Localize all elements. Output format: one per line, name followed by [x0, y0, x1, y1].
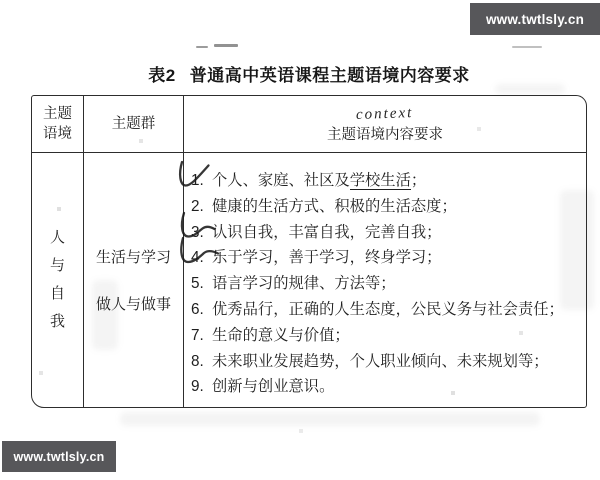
- content-item-8: 8. 未来职业发展趋势，个人职业倾向、未来规划等；: [191, 349, 578, 375]
- caption-label: 表2: [148, 66, 175, 85]
- header-theme-group-label: 主题群: [112, 114, 156, 134]
- item-number: 3.: [191, 220, 212, 246]
- item-text: 健康的生活方式、积极的生活态度；: [212, 194, 457, 220]
- item-number: 4.: [191, 245, 212, 271]
- scanned-document-page: www.twtlsly.cn www.twtlsly.cn 表2普通高中英语课程…: [0, 0, 600, 480]
- theme-group-label: 生活与学习: [96, 246, 171, 267]
- header-cell-theme-context: 主题 语境: [32, 96, 84, 153]
- scan-speckles: [0, 0, 2, 2]
- item-text-pre: 个人、家庭、社区及: [212, 172, 350, 189]
- watermark-bottom-left: www.twtlsly.cn: [2, 441, 116, 472]
- handwritten-context-note: context: [356, 103, 414, 125]
- item-number: 2.: [191, 194, 212, 220]
- content-item-9: 9. 创新与创业意识。: [191, 374, 578, 400]
- item-text: 优秀品行，正确的人生态度，公民义务与社会责任；: [212, 297, 564, 323]
- header-cell-theme-group: 主题群: [84, 96, 184, 153]
- item-text: 认识自我，丰富自我，完善自我；: [212, 220, 441, 246]
- content-item-1: 1. 个人、家庭、社区及学校生活；: [191, 168, 578, 194]
- underlined-text: 学校生活: [350, 172, 411, 190]
- item-text: 创新与创业意识。: [212, 374, 334, 400]
- theme-context-char: 我: [50, 308, 65, 336]
- watermark-top-right: www.twtlsly.cn: [470, 3, 600, 35]
- theme-context-char: 自: [50, 280, 65, 308]
- theme-context-char: 与: [50, 252, 65, 280]
- item-number: 1.: [191, 168, 212, 194]
- scan-smudge: [120, 412, 540, 426]
- item-text: 生命的意义与价值；: [212, 323, 350, 349]
- body-cell-items: 1. 个人、家庭、社区及学校生活； 2. 健康的生活方式、积极的生活态度； 3.…: [184, 153, 586, 407]
- watermark-text: www.twtlsly.cn: [486, 12, 584, 27]
- header-cell-content-requirements: context 主题语境内容要求: [184, 96, 586, 153]
- header-theme-context-line2: 语境: [43, 124, 72, 144]
- scan-pencil-dash: [214, 44, 238, 47]
- content-item-5: 5. 语言学习的规律、方法等；: [191, 271, 578, 297]
- theme-group-label: 做人与做事: [96, 293, 171, 314]
- item-text: 未来职业发展趋势，个人职业倾向、未来规划等；: [212, 349, 549, 375]
- content-item-4: 4. 乐于学习，善于学习，终身学习；: [191, 245, 578, 271]
- header-content-requirements-label: 主题语境内容要求: [327, 125, 443, 145]
- item-text: 个人、家庭、社区及学校生活；: [212, 168, 426, 194]
- watermark-text: www.twtlsly.cn: [13, 450, 104, 464]
- body-cell-theme-context: 人 与 自 我: [32, 153, 84, 407]
- item-text: 语言学习的规律、方法等；: [212, 271, 396, 297]
- requirements-table: 主题 语境 主题群 context 主题语境内容要求 人 与 自 我 生活与学习…: [31, 95, 587, 408]
- caption-title: 普通高中英语课程主题语境内容要求: [190, 66, 470, 85]
- item-text-post: ；: [411, 172, 426, 189]
- content-item-2: 2. 健康的生活方式、积极的生活态度；: [191, 194, 578, 220]
- item-number: 8.: [191, 349, 212, 375]
- item-number: 9.: [191, 374, 212, 400]
- body-cell-theme-groups: 生活与学习 做人与做事: [84, 153, 184, 407]
- content-item-3: 3. 认识自我，丰富自我，完善自我；: [191, 220, 578, 246]
- theme-context-char: 人: [50, 224, 65, 252]
- item-number: 7.: [191, 323, 212, 349]
- scan-pencil-dash: [512, 46, 542, 48]
- item-number: 5.: [191, 271, 212, 297]
- header-theme-context-line1: 主题: [43, 104, 72, 124]
- content-item-6: 6. 优秀品行，正确的人生态度，公民义务与社会责任；: [191, 297, 578, 323]
- content-item-7: 7. 生命的意义与价值；: [191, 323, 578, 349]
- scan-pencil-dash: [196, 46, 208, 48]
- item-number: 6.: [191, 297, 212, 323]
- item-text: 乐于学习，善于学习，终身学习；: [212, 245, 441, 271]
- table-caption: 表2普通高中英语课程主题语境内容要求: [31, 61, 587, 86]
